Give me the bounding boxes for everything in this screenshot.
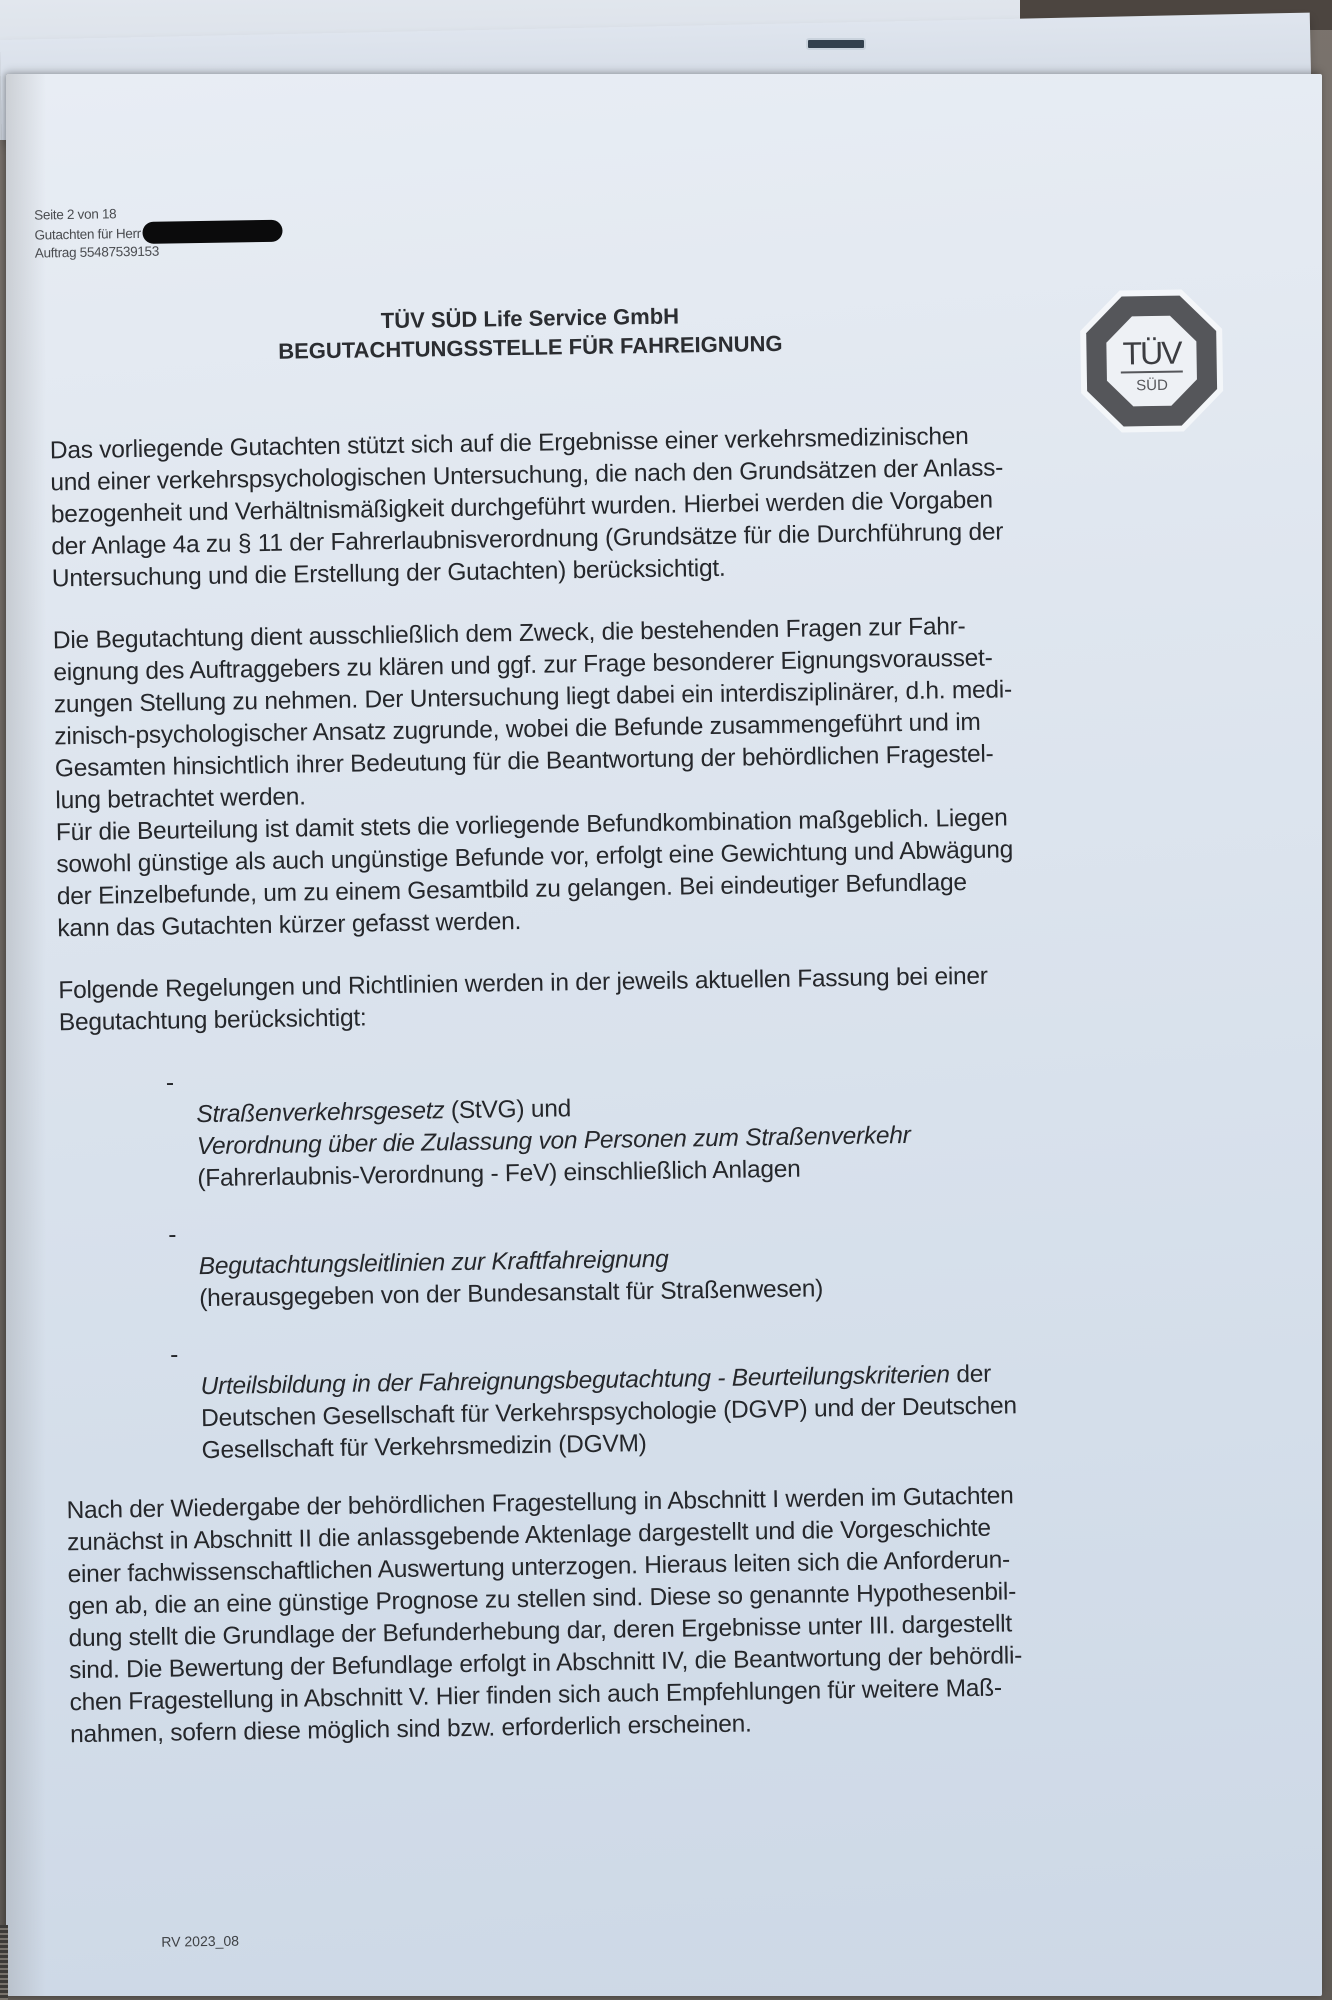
paragraph-basis: Das vorliegende Gutachten stützt sich au… — [50, 417, 1222, 595]
list-dash: - — [168, 1219, 176, 1251]
page-content: Seite 2 von 18 Gutachten für Herr Auftra… — [6, 53, 1332, 1995]
logo-bottom-text: SÜD — [1136, 376, 1168, 394]
order-number: Auftrag 55487539153 — [35, 242, 284, 262]
list-item: -Begutachtungsleitlinien zur Kraftfahrei… — [62, 1203, 1233, 1317]
logo-top-text: TÜV — [1122, 335, 1183, 372]
redaction-mark — [143, 220, 283, 244]
tuev-sued-octagon-logo-icon: TÜV SÜD — [1075, 285, 1227, 437]
paragraph-structure: Nach der Wiedergabe der behördlichen Fra… — [66, 1477, 1240, 1751]
list-item: -Straßenverkehrsgesetz (StVG) und Verord… — [60, 1051, 1232, 1197]
organization-heading: TÜV SÜD Life Service GmbH BEGUTACHTUNGSS… — [180, 298, 881, 367]
regulations-list: -Straßenverkehrsgesetz (StVG) und Verord… — [60, 1051, 1236, 1469]
recipient-line: Gutachten für Herr — [34, 220, 283, 246]
list-item: -Urteilsbildung in der Fahreignungsbegut… — [64, 1323, 1236, 1469]
paragraph-purpose: Die Begutachtung dient ausschließlich de… — [53, 607, 1226, 817]
paragraph-regulations-intro: Folgende Regelungen und Richtlinien werd… — [58, 957, 1229, 1039]
list-dash: - — [166, 1067, 174, 1099]
paragraph-assessment: Für die Beurteilung ist damit stets die … — [56, 799, 1228, 945]
page-header-meta: Seite 2 von 18 Gutachten für Herr Auftra… — [34, 204, 283, 262]
binder-clip-icon — [806, 38, 866, 50]
revision-code: RV 2023_08 — [161, 1933, 239, 1950]
list-dash: - — [170, 1339, 178, 1371]
photo-scene: Seite 2 von 18 Gutachten für Herr Auftra… — [0, 0, 1332, 2000]
binder-edge — [0, 1925, 8, 2000]
document-body: Das vorliegende Gutachten stützt sich au… — [50, 417, 1241, 1781]
document-page: Seite 2 von 18 Gutachten für Herr Auftra… — [6, 74, 1322, 1996]
recipient-prefix: Gutachten für Herr — [34, 226, 141, 243]
